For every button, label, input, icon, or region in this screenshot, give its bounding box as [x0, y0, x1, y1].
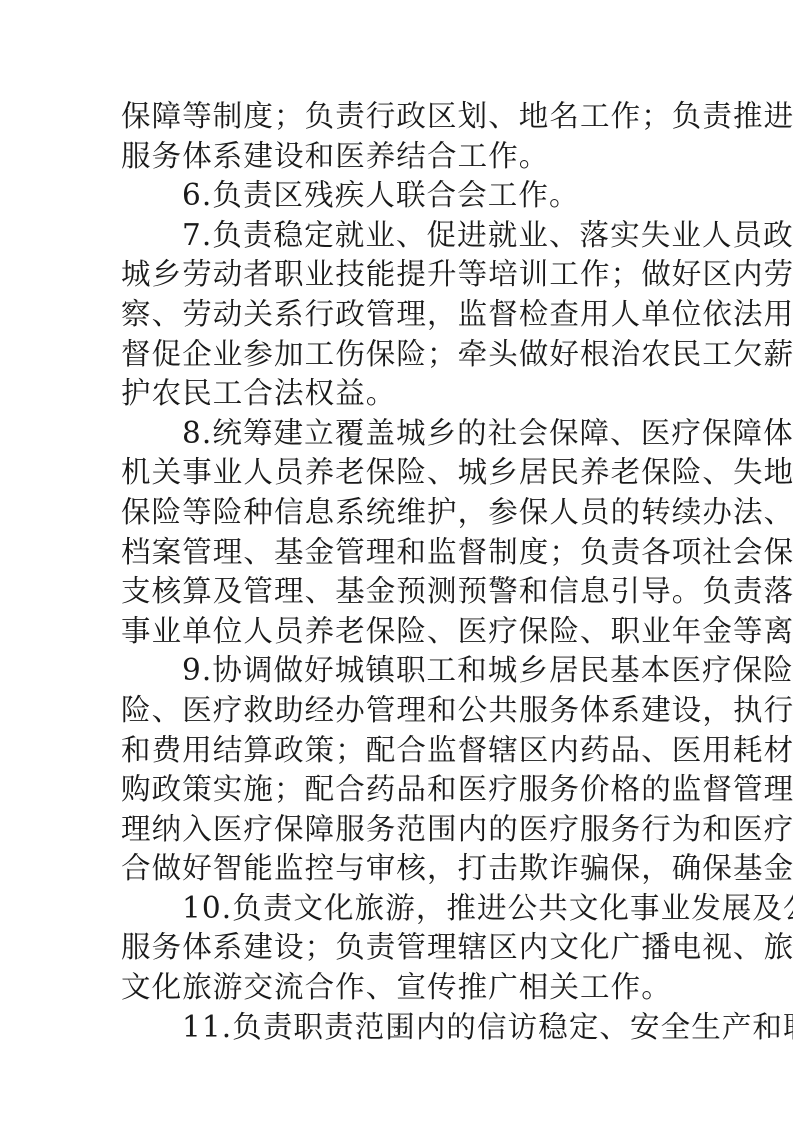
text-line: 合做好智能监控与审核，打击欺诈骗保，确保基金安全。	[121, 849, 674, 889]
text-line: 事业单位人员养老保险、医疗保险、职业年金等离退休政策。	[121, 612, 674, 652]
text-line: 险、医疗救助经办管理和公共服务体系建设，执行异地就医	[121, 691, 674, 731]
text-line: 护农民工合法权益。	[121, 374, 674, 414]
page-number: 3	[0, 1024, 793, 1040]
text-line: 理纳入医疗保障服务范围内的医疗服务行为和医疗费用，配	[121, 810, 674, 850]
text-line: 服务体系建设；负责管理辖区内文化广播电视、旅游和对外	[121, 928, 674, 968]
text-line: 督促企业参加工伤保险；牵头做好根治农民工欠薪工作，维	[121, 335, 674, 375]
text-line: 机关事业人员养老保险、城乡居民养老保险、失地农民养老	[121, 453, 674, 493]
text-line: 档案管理、基金管理和监督制度；负责各项社会保险财务收	[121, 533, 674, 573]
paragraph-9-line: 9.协调做好城镇职工和城乡居民基本医疗保险、生育保	[121, 651, 674, 691]
text-line: 保障等制度；负责行政区划、地名工作；负责推进老年健康	[121, 97, 674, 137]
text-line: 城乡劳动者职业技能提升等培训工作；做好区内劳动保障监	[121, 255, 674, 295]
text-line: 和费用结算政策；配合监督辖区内药品、医用耗材的招标采	[121, 731, 674, 771]
paragraph-10-line: 10.负责文化旅游，推进公共文化事业发展及公共文化	[121, 889, 674, 929]
document-body: 保障等制度；负责行政区划、地名工作；负责推进老年健康 服务体系建设和医养结合工作…	[121, 97, 674, 1047]
text-line: 购政策实施；配合药品和医疗服务价格的监督管理，监督管	[121, 770, 674, 810]
text-line: 文化旅游交流合作、宣传推广相关工作。	[121, 968, 674, 1008]
paragraph-7-line: 7.负责稳定就业、促进就业、落实失业人员政策、开展	[121, 216, 674, 256]
text-line: 支核算及管理、基金预测预警和信息引导。负责落实机关企	[121, 572, 674, 612]
paragraph-8-line: 8.统筹建立覆盖城乡的社会保障、医疗保障体系，做好	[121, 414, 674, 454]
text-line: 保险等险种信息系统维护，参保人员的转续办法、权益保障、	[121, 493, 674, 533]
text-line: 服务体系建设和医养结合工作。	[121, 137, 674, 177]
paragraph-6-line: 6.负责区残疾人联合会工作。	[121, 176, 674, 216]
text-line: 察、劳动关系行政管理，监督检查用人单位依法用工，指导	[121, 295, 674, 335]
